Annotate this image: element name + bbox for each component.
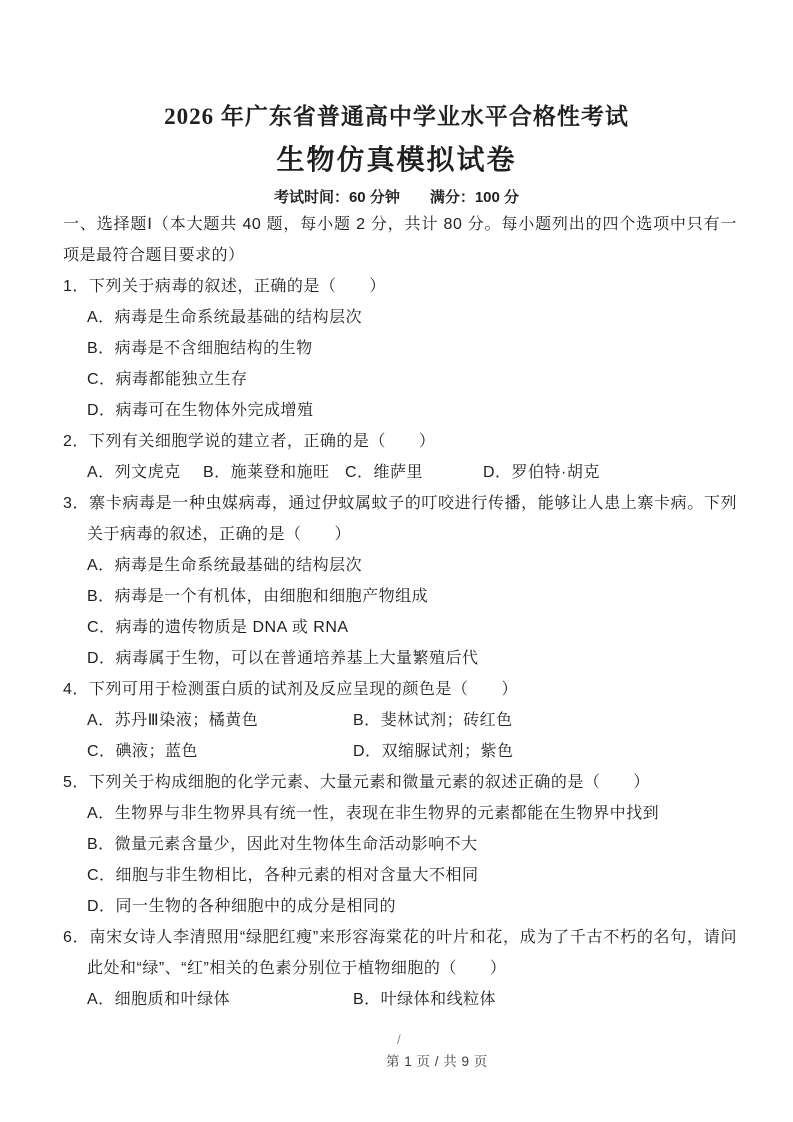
option-c: C．病毒都能独立生存 <box>63 364 737 395</box>
question-stem-text: 南宋女诗人李清照用“绿肥红瘦”来形容海棠花的叶片和花，成为了千古不朽的名句，请问… <box>87 929 737 977</box>
question-stem: 6．南宋女诗人李清照用“绿肥红瘦”来形容海棠花的叶片和花，成为了千古不朽的名句，… <box>63 922 737 984</box>
option-b: B．病毒是一个有机体，由细胞和细胞产物组成 <box>63 581 737 612</box>
option-c: C．碘液；蓝色 <box>87 736 353 767</box>
question-stem-text: 下列关于病毒的叙述，正确的是（ ） <box>89 278 386 295</box>
option-a: A．苏丹Ⅲ染液；橘黄色 <box>87 705 353 736</box>
exam-info: 考试时间：60 分钟满分：100 分 <box>0 186 793 209</box>
option-a: A．生物界与非生物界具有统一性，表现在非生物界的元素都能在生物界中找到 <box>63 798 737 829</box>
question-stem: 3．寨卡病毒是一种虫媒病毒，通过伊蚊属蚊子的叮咬进行传播，能够让人患上寨卡病。下… <box>63 488 737 550</box>
option-c: C．细胞与非生物相比，各种元素的相对含量大不相同 <box>63 860 737 891</box>
question-stem: 4．下列可用于检测蛋白质的试剂及反应呈现的颜色是（ ） <box>63 674 737 705</box>
page-indicator: 第 1 页 / 共 9 页 <box>386 1054 488 1070</box>
question-5: 5．下列关于构成细胞的化学元素、大量元素和微量元素的叙述正确的是（ ） A．生物… <box>63 767 737 922</box>
option-c: C．病毒的遗传物质是 DNA 或 RNA <box>63 612 737 643</box>
question-stem-text: 下列关于构成细胞的化学元素、大量元素和微量元素的叙述正确的是（ ） <box>89 774 650 791</box>
options-row: A．苏丹Ⅲ染液；橘黄色B．斐林试剂；砖红色 <box>63 705 737 736</box>
option-c: C．维萨里 <box>345 457 483 488</box>
question-4: 4．下列可用于检测蛋白质的试剂及反应呈现的颜色是（ ） A．苏丹Ⅲ染液；橘黄色B… <box>63 674 737 767</box>
question-stem: 2．下列有关细胞学说的建立者，正确的是（ ） <box>63 426 737 457</box>
option-b: B．微量元素含量少，因此对生物体生命活动影响不大 <box>63 829 737 860</box>
exam-title: 2026 年广东省普通高中学业水平合格性考试 <box>0 0 793 135</box>
option-d: D．罗伯特·胡克 <box>483 457 600 488</box>
exam-body: 一、选择题Ⅰ（本大题共 40 题，每小题 2 分，共计 80 分。每小题列出的四… <box>63 209 737 1015</box>
option-a: A．列文虎克 <box>87 457 203 488</box>
option-b: B．病毒是不含细胞结构的生物 <box>63 333 737 364</box>
question-stem-text: 下列有关细胞学说的建立者，正确的是（ ） <box>89 433 436 450</box>
option-a: A．病毒是生命系统最基础的结构层次 <box>63 550 737 581</box>
option-a: A．细胞质和叶绿体 <box>87 984 353 1015</box>
question-1: 1．下列关于病毒的叙述，正确的是（ ） A．病毒是生命系统最基础的结构层次 B．… <box>63 271 737 426</box>
exam-score: 满分：100 分 <box>430 189 519 206</box>
option-b: B．斐林试剂；砖红色 <box>353 705 513 736</box>
option-d: D．双缩脲试剂；紫色 <box>353 736 514 767</box>
option-a: A．病毒是生命系统最基础的结构层次 <box>63 302 737 333</box>
option-b: B．施莱登和施旺 <box>203 457 345 488</box>
options-row: A．列文虎克B．施莱登和施旺C．维萨里D．罗伯特·胡克 <box>63 457 737 488</box>
option-d: D．同一生物的各种细胞中的成分是相同的 <box>63 891 737 922</box>
section-heading: 一、选择题Ⅰ（本大题共 40 题，每小题 2 分，共计 80 分。每小题列出的四… <box>63 209 737 271</box>
exam-page: 2026 年广东省普通高中学业水平合格性考试 生物仿真模拟试卷 考试时间：60 … <box>0 0 793 1122</box>
question-number: 1． <box>63 278 89 295</box>
option-d: D．病毒可在生物体外完成增殖 <box>63 395 737 426</box>
question-number: 6． <box>63 929 89 946</box>
footer-slash-mark: / <box>397 1033 401 1047</box>
question-number: 4． <box>63 681 89 698</box>
question-3: 3．寨卡病毒是一种虫媒病毒，通过伊蚊属蚊子的叮咬进行传播，能够让人患上寨卡病。下… <box>63 488 737 674</box>
question-stem-text: 寨卡病毒是一种虫媒病毒，通过伊蚊属蚊子的叮咬进行传播，能够让人患上寨卡病。下列关… <box>87 495 737 543</box>
question-stem: 1．下列关于病毒的叙述，正确的是（ ） <box>63 271 737 302</box>
question-number: 3． <box>63 495 89 512</box>
question-2: 2．下列有关细胞学说的建立者，正确的是（ ） A．列文虎克B．施莱登和施旺C．维… <box>63 426 737 488</box>
options-row: A．细胞质和叶绿体B．叶绿体和线粒体 <box>63 984 737 1015</box>
option-b: B．叶绿体和线粒体 <box>353 984 496 1015</box>
question-number: 2． <box>63 433 89 450</box>
question-number: 5． <box>63 774 89 791</box>
exam-subtitle: 生物仿真模拟试卷 <box>0 140 793 182</box>
exam-time: 考试时间：60 分钟 <box>274 189 400 206</box>
option-d: D．病毒属于生物，可以在普通培养基上大量繁殖后代 <box>63 643 737 674</box>
options-row: C．碘液；蓝色D．双缩脲试剂；紫色 <box>63 736 737 767</box>
question-stem: 5．下列关于构成细胞的化学元素、大量元素和微量元素的叙述正确的是（ ） <box>63 767 737 798</box>
question-6: 6．南宋女诗人李清照用“绿肥红瘦”来形容海棠花的叶片和花，成为了千古不朽的名句，… <box>63 922 737 1015</box>
question-stem-text: 下列可用于检测蛋白质的试剂及反应呈现的颜色是（ ） <box>89 681 518 698</box>
